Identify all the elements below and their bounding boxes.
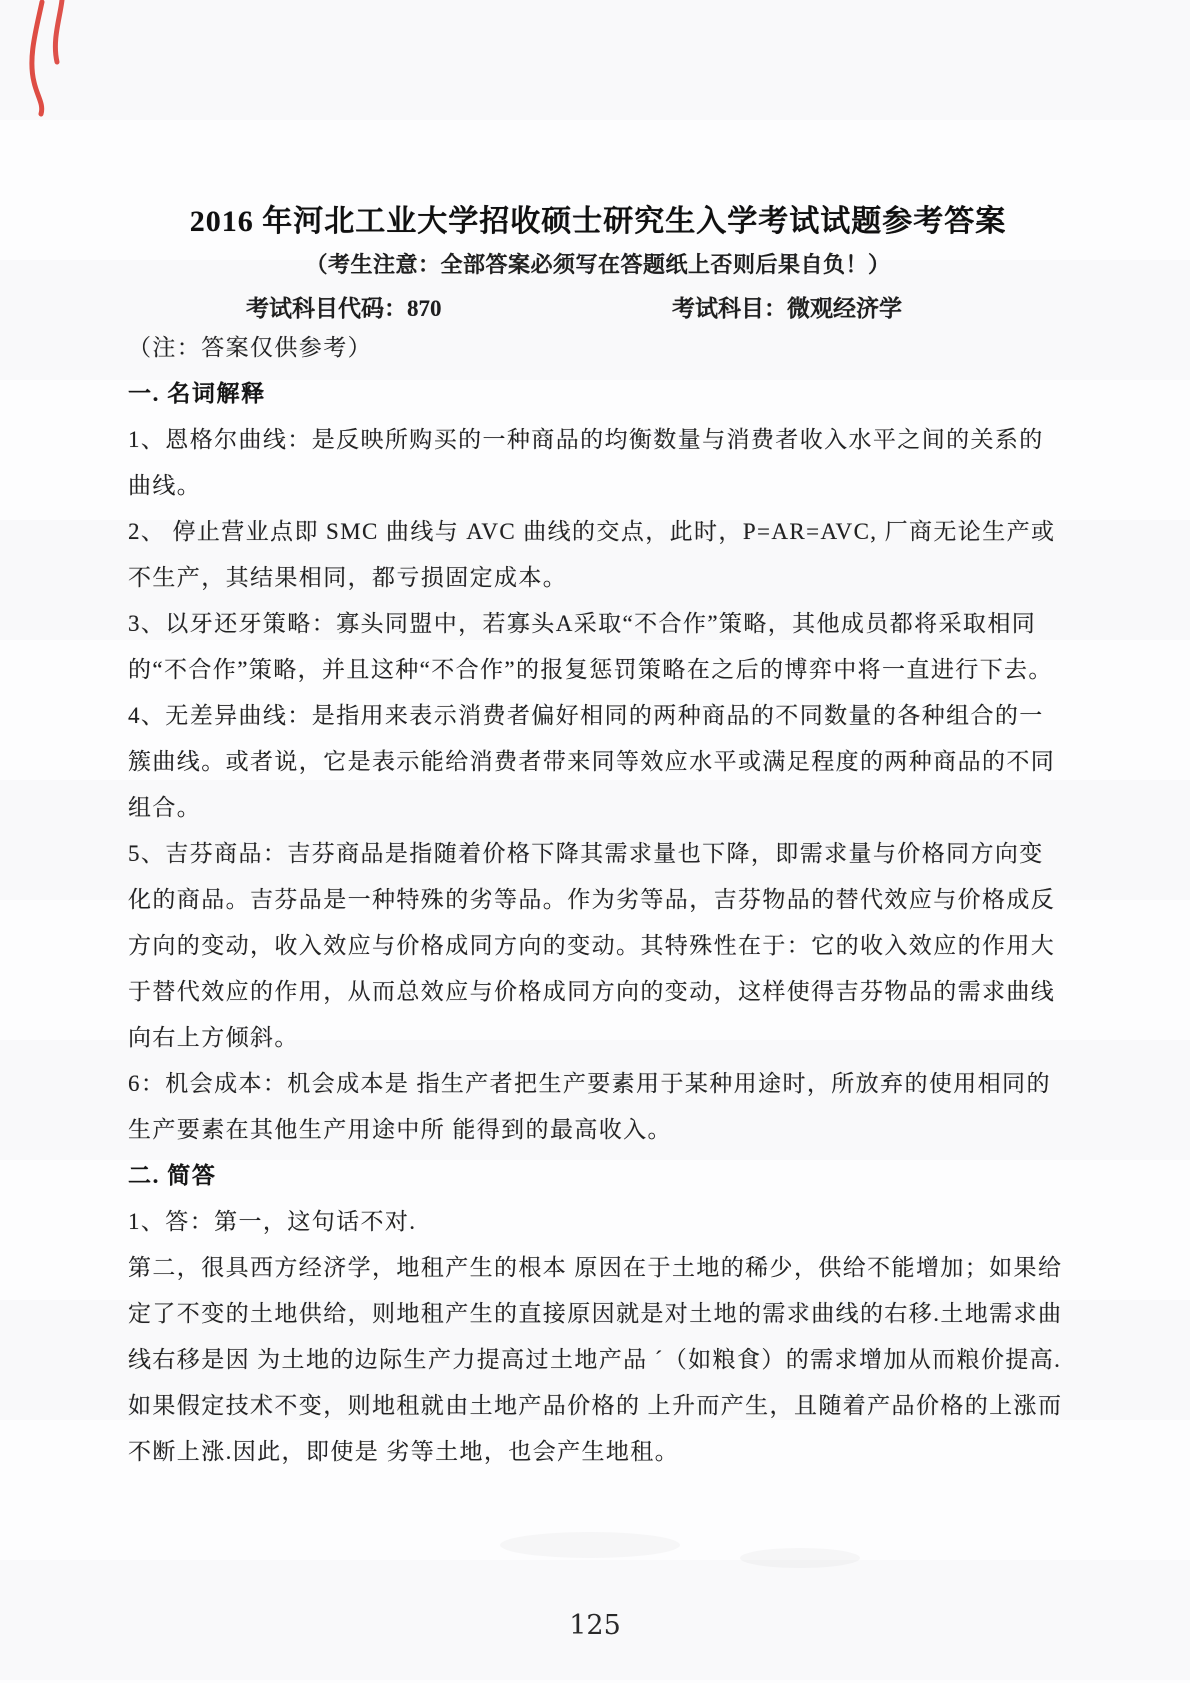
text-line: 不生产，其结果相同，都亏损固定成本。: [128, 552, 1068, 598]
text-line: 的“不合作”策略，并且这种“不合作”的报复惩罚策略在之后的博弈中将一直进行下去。: [128, 644, 1068, 690]
text-line: 3、以牙还牙策略：寡头同盟中，若寡头A采取“不合作”策略，其他成员都将采取相同: [128, 598, 1068, 644]
page-title: 2016 年河北工业大学招收硕士研究生入学考试试题参考答案: [128, 196, 1068, 240]
text-line: 5、吉芬商品：吉芬商品是指随着价格下降其需求量也下降，即需求量与价格同方向变: [128, 828, 1068, 874]
text-line: 向右上方倾斜。: [128, 1012, 1068, 1058]
subject-name: 考试科目：微观经济学: [672, 290, 902, 323]
red-pen-marks: [18, 0, 88, 130]
text-line: 曲线。: [128, 460, 1068, 506]
section-heading-definitions: 一. 名词解释: [128, 368, 1068, 414]
text-line: 1、答：第一，这句话不对.: [128, 1196, 1068, 1242]
text-line: 1、恩格尔曲线：是反映所购买的一种商品的均衡数量与消费者收入水平之间的关系的: [128, 414, 1068, 460]
text-line: 簇曲线。或者说，它是表示能给消费者带来同等效应水平或满足程度的两种商品的不同: [128, 736, 1068, 782]
text-line: 线右移是因 为土地的边际生产力提高过土地产品 ˊ（如粮食）的需求增加从而粮价提高…: [128, 1334, 1068, 1380]
section-heading-short-answer: 二. 简答: [128, 1150, 1068, 1196]
page-root: 2016 年河北工业大学招收硕士研究生入学考试试题参考答案 （考生注意：全部答案…: [0, 0, 1190, 1683]
scan-smudge: [500, 1532, 680, 1558]
subject-row: 考试科目代码：870 考试科目：微观经济学: [128, 290, 1068, 324]
scan-smudge: [740, 1548, 860, 1568]
answers-reference-note: （注：答案仅供参考）: [128, 322, 1068, 368]
subject-code: 考试科目代码：870: [246, 290, 442, 323]
text-line: 方向的变动，收入效应与价格成同方向的变动。其特殊性在于：它的收入效应的作用大: [128, 920, 1068, 966]
red-pen-stroke-long: [32, 2, 42, 114]
page-number: 125: [0, 1610, 1190, 1641]
text-line: 6：机会成本：机会成本是 指生产者把生产要素用于某种用途时，所放弃的使用相同的: [128, 1058, 1068, 1104]
text-line: 2、 停止营业点即 SMC 曲线与 AVC 曲线的交点，此时，P=AR=AVC,…: [128, 506, 1068, 552]
text-line: 于替代效应的作用，从而总效应与价格成同方向的变动，这样使得吉芬物品的需求曲线: [128, 966, 1068, 1012]
text-line: 定了不变的土地供给，则地租产生的直接原因就是对土地的需求曲线的右移.土地需求曲: [128, 1288, 1068, 1334]
text-line: 第二，很具西方经济学，地租产生的根本 原因在于土地的稀少，供给不能增加；如果给: [128, 1242, 1068, 1288]
text-line: 化的商品。吉芬品是一种特殊的劣等品。作为劣等品，吉芬物品的替代效应与价格成反: [128, 874, 1068, 920]
red-pen-stroke-short: [55, 0, 62, 62]
text-line: 4、无差异曲线：是指用来表示消费者偏好相同的两种商品的不同数量的各种组合的一: [128, 690, 1068, 736]
text-line: 不断上涨.因此，即使是 劣等土地，也会产生地租。: [128, 1426, 1068, 1472]
text-line: 组合。: [128, 782, 1068, 828]
text-line: 生产要素在其他生产用途中所 能得到的最高收入。: [128, 1104, 1068, 1150]
exam-notice: （考生注意：全部答案必须写在答题纸上否则后果自负！）: [128, 248, 1068, 279]
document-body: （注：答案仅供参考） 一. 名词解释 1、恩格尔曲线：是反映所购买的一种商品的均…: [128, 322, 1068, 1472]
text-line: 如果假定技术不变，则地租就由土地产品价格的 上升而产生，且随着产品价格的上涨而: [128, 1380, 1068, 1426]
